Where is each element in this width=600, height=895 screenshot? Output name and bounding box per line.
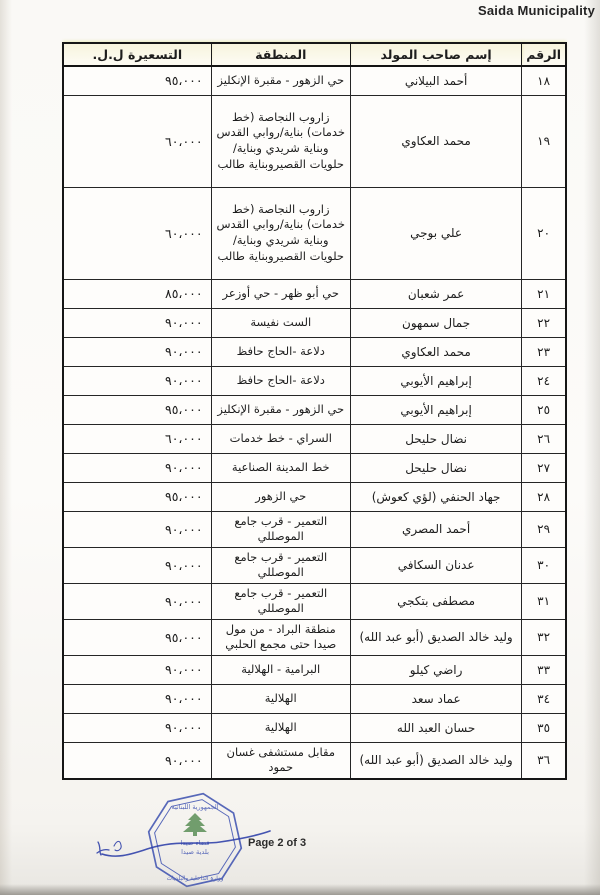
row-number-cell: ٢٧ — [522, 453, 566, 482]
owner-name-cell: حسان العبد الله — [350, 713, 521, 742]
price-cell: ٦٠،٠٠٠ — [63, 95, 211, 187]
owner-name-cell: أحمد البيلاني — [350, 66, 521, 95]
owner-name-cell: علي بوجي — [350, 187, 521, 279]
row-number-cell: ٣٣ — [522, 655, 566, 684]
cedar-tree-icon — [183, 813, 207, 836]
price-cell: ٩٠،٠٠٠ — [63, 583, 211, 619]
region-cell: التعمير - قرب جامع الموصللي — [211, 583, 350, 619]
row-number-cell: ٢٣ — [522, 337, 566, 366]
price-cell: ٩٥،٠٠٠ — [63, 482, 211, 511]
region-cell: زاروب النجاصة (خط خدمات) بناية/روابي الق… — [211, 95, 350, 187]
table-header: الرقم إسم صاحب المولد المنطقة التسعيرة ل… — [63, 43, 566, 66]
owner-name-cell: إبراهيم الأيوبي — [350, 395, 521, 424]
table-row: ٢٣محمد العكاويدلاعة -الحاج حافظ٩٠،٠٠٠ — [63, 337, 566, 366]
region-cell: دلاعة -الحاج حافظ — [211, 337, 350, 366]
region-cell: مقابل مستشفى غسان حمود — [211, 742, 350, 779]
owner-name-cell: عماد سعد — [350, 684, 521, 713]
table-row: ٣٠عدنان السكافيالتعمير - قرب جامع الموصل… — [63, 547, 566, 583]
row-number-cell: ٢٩ — [522, 511, 566, 547]
column-header-region: المنطقة — [211, 43, 350, 66]
price-cell: ٩٠،٠٠٠ — [63, 713, 211, 742]
region-cell: التعمير - قرب جامع الموصللي — [211, 511, 350, 547]
row-number-cell: ٣٠ — [522, 547, 566, 583]
owner-name-cell: جهاد الحنفي (لؤي كعوش) — [350, 482, 521, 511]
region-cell: زاروب النجاصة (خط خدمات) بناية/روابي الق… — [211, 187, 350, 279]
scan-bottom-edge — [0, 884, 600, 895]
owner-name-cell: نضال حليحل — [350, 424, 521, 453]
price-cell: ٩٠،٠٠٠ — [63, 742, 211, 779]
table-row: ٣١مصطفى بتكجيالتعمير - قرب جامع الموصللي… — [63, 583, 566, 619]
page-number-label: Page 2 of 3 — [248, 837, 306, 849]
price-cell: ٩٠،٠٠٠ — [63, 366, 211, 395]
owner-name-cell: محمد العكاوي — [350, 95, 521, 187]
stamp-top-text: الجمهورية اللبنانية — [172, 803, 219, 811]
owner-name-cell: وليد خالد الصديق (أبو عبد الله) — [350, 619, 521, 655]
row-number-cell: ٢٥ — [522, 395, 566, 424]
owner-name-cell: جمال سمهون — [350, 308, 521, 337]
region-cell: حي الزهور - مقبرة الإنكليز — [211, 66, 350, 95]
row-number-cell: ١٩ — [522, 95, 566, 187]
region-cell: خط المدينة الصناعية — [211, 453, 350, 482]
table-row: ٣٢وليد خالد الصديق (أبو عبد الله)منطقة ا… — [63, 619, 566, 655]
price-cell: ٩٠،٠٠٠ — [63, 308, 211, 337]
table-header-row: الرقم إسم صاحب المولد المنطقة التسعيرة ل… — [63, 43, 566, 66]
price-cell: ٩٥،٠٠٠ — [63, 66, 211, 95]
table-row: ٣٣راضي كيلوالبرامية - الهلالية٩٠،٠٠٠ — [63, 655, 566, 684]
region-cell: دلاعة -الحاج حافظ — [211, 366, 350, 395]
owner-name-cell: مصطفى بتكجي — [350, 583, 521, 619]
region-cell: حي أبو ظهر - حي أوزعر — [211, 279, 350, 308]
price-cell: ٩٠،٠٠٠ — [63, 337, 211, 366]
row-number-cell: ١٨ — [522, 66, 566, 95]
row-number-cell: ٣٥ — [522, 713, 566, 742]
column-header-number: الرقم — [522, 43, 566, 66]
table-row: ٣٤عماد سعدالهلالية٩٠،٠٠٠ — [63, 684, 566, 713]
row-number-cell: ٣٦ — [522, 742, 566, 779]
row-number-cell: ٣١ — [522, 583, 566, 619]
owner-name-cell: وليد خالد الصديق (أبو عبد الله) — [350, 742, 521, 779]
price-cell: ٩٠،٠٠٠ — [63, 547, 211, 583]
row-number-cell: ٢٠ — [522, 187, 566, 279]
table-row: ١٨أحمد البيلانيحي الزهور - مقبرة الإنكلي… — [63, 66, 566, 95]
stamp-bottom-text: وزارة الداخلية والبلديات — [167, 876, 224, 882]
owner-name-cell: نضال حليحل — [350, 453, 521, 482]
region-cell: الهلالية — [211, 713, 350, 742]
column-header-owner: إسم صاحب المولد — [350, 43, 521, 66]
table-row: ٢٠علي بوجيزاروب النجاصة (خط خدمات) بناية… — [63, 187, 566, 279]
table-row: ١٩محمد العكاويزاروب النجاصة (خط خدمات) ب… — [63, 95, 566, 187]
region-cell: الهلالية — [211, 684, 350, 713]
price-cell: ٦٠،٠٠٠ — [63, 187, 211, 279]
owner-name-cell: راضي كيلو — [350, 655, 521, 684]
region-cell: السراي - خط خدمات — [211, 424, 350, 453]
row-number-cell: ٢٨ — [522, 482, 566, 511]
table-body: ١٨أحمد البيلانيحي الزهور - مقبرة الإنكلي… — [63, 66, 566, 779]
row-number-cell: ٢١ — [522, 279, 566, 308]
row-number-cell: ٢٢ — [522, 308, 566, 337]
table-row: ٢٨جهاد الحنفي (لؤي كعوش)حي الزهور٩٥،٠٠٠ — [63, 482, 566, 511]
column-header-price: التسعيرة ل.ل. — [63, 43, 211, 66]
owner-name-cell: عمر شعبان — [350, 279, 521, 308]
owner-name-cell: أحمد المصري — [350, 511, 521, 547]
table-row: ٢٩أحمد المصريالتعمير - قرب جامع الموصللي… — [63, 511, 566, 547]
owner-name-cell: إبراهيم الأيوبي — [350, 366, 521, 395]
row-number-cell: ٣٤ — [522, 684, 566, 713]
stamp-municipality-text: بلدية صيدا — [181, 848, 209, 856]
price-cell: ٨٥،٠٠٠ — [63, 279, 211, 308]
table-row: ٣٦وليد خالد الصديق (أبو عبد الله)مقابل م… — [63, 742, 566, 779]
region-cell: البرامية - الهلالية — [211, 655, 350, 684]
row-number-cell: ٢٦ — [522, 424, 566, 453]
region-cell: التعمير - قرب جامع الموصللي — [211, 547, 350, 583]
owner-name-cell: محمد العكاوي — [350, 337, 521, 366]
region-cell: حي الزهور — [211, 482, 350, 511]
table-row: ٢٥إبراهيم الأيوبيحي الزهور - مقبرة الإنك… — [63, 395, 566, 424]
owner-name-cell: عدنان السكافي — [350, 547, 521, 583]
table-row: ٢٦نضال حليحلالسراي - خط خدمات٦٠،٠٠٠ — [63, 424, 566, 453]
scan-right-shadow — [584, 0, 600, 895]
scan-left-shadow — [0, 0, 12, 895]
price-cell: ٩٠،٠٠٠ — [63, 684, 211, 713]
table-row: ٢٤إبراهيم الأيوبيدلاعة -الحاج حافظ٩٠،٠٠٠ — [63, 366, 566, 395]
price-cell: ٩٠،٠٠٠ — [63, 655, 211, 684]
row-number-cell: ٢٤ — [522, 366, 566, 395]
region-cell: الست نفيسة — [211, 308, 350, 337]
price-cell: ٩٠،٠٠٠ — [63, 453, 211, 482]
price-cell: ٩٥،٠٠٠ — [63, 619, 211, 655]
table-row: ٢٧نضال حليحلخط المدينة الصناعية٩٠،٠٠٠ — [63, 453, 566, 482]
table-row: ٣٥حسان العبد اللهالهلالية٩٠،٠٠٠ — [63, 713, 566, 742]
region-cell: منطقة البراد - من مول صيدا حتى مجمع الحل… — [211, 619, 350, 655]
row-number-cell: ٣٢ — [522, 619, 566, 655]
document-title: Saida Municipality — [478, 3, 595, 18]
table-row: ٢١عمر شعبانحي أبو ظهر - حي أوزعر٨٥،٠٠٠ — [63, 279, 566, 308]
price-cell: ٦٠،٠٠٠ — [63, 424, 211, 453]
price-cell: ٩٥،٠٠٠ — [63, 395, 211, 424]
table-row: ٢٢جمال سمهونالست نفيسة٩٠،٠٠٠ — [63, 308, 566, 337]
generator-pricing-table: الرقم إسم صاحب المولد المنطقة التسعيرة ل… — [62, 42, 567, 780]
region-cell: حي الزهور - مقبرة الإنكليز — [211, 395, 350, 424]
price-cell: ٩٠،٠٠٠ — [63, 511, 211, 547]
